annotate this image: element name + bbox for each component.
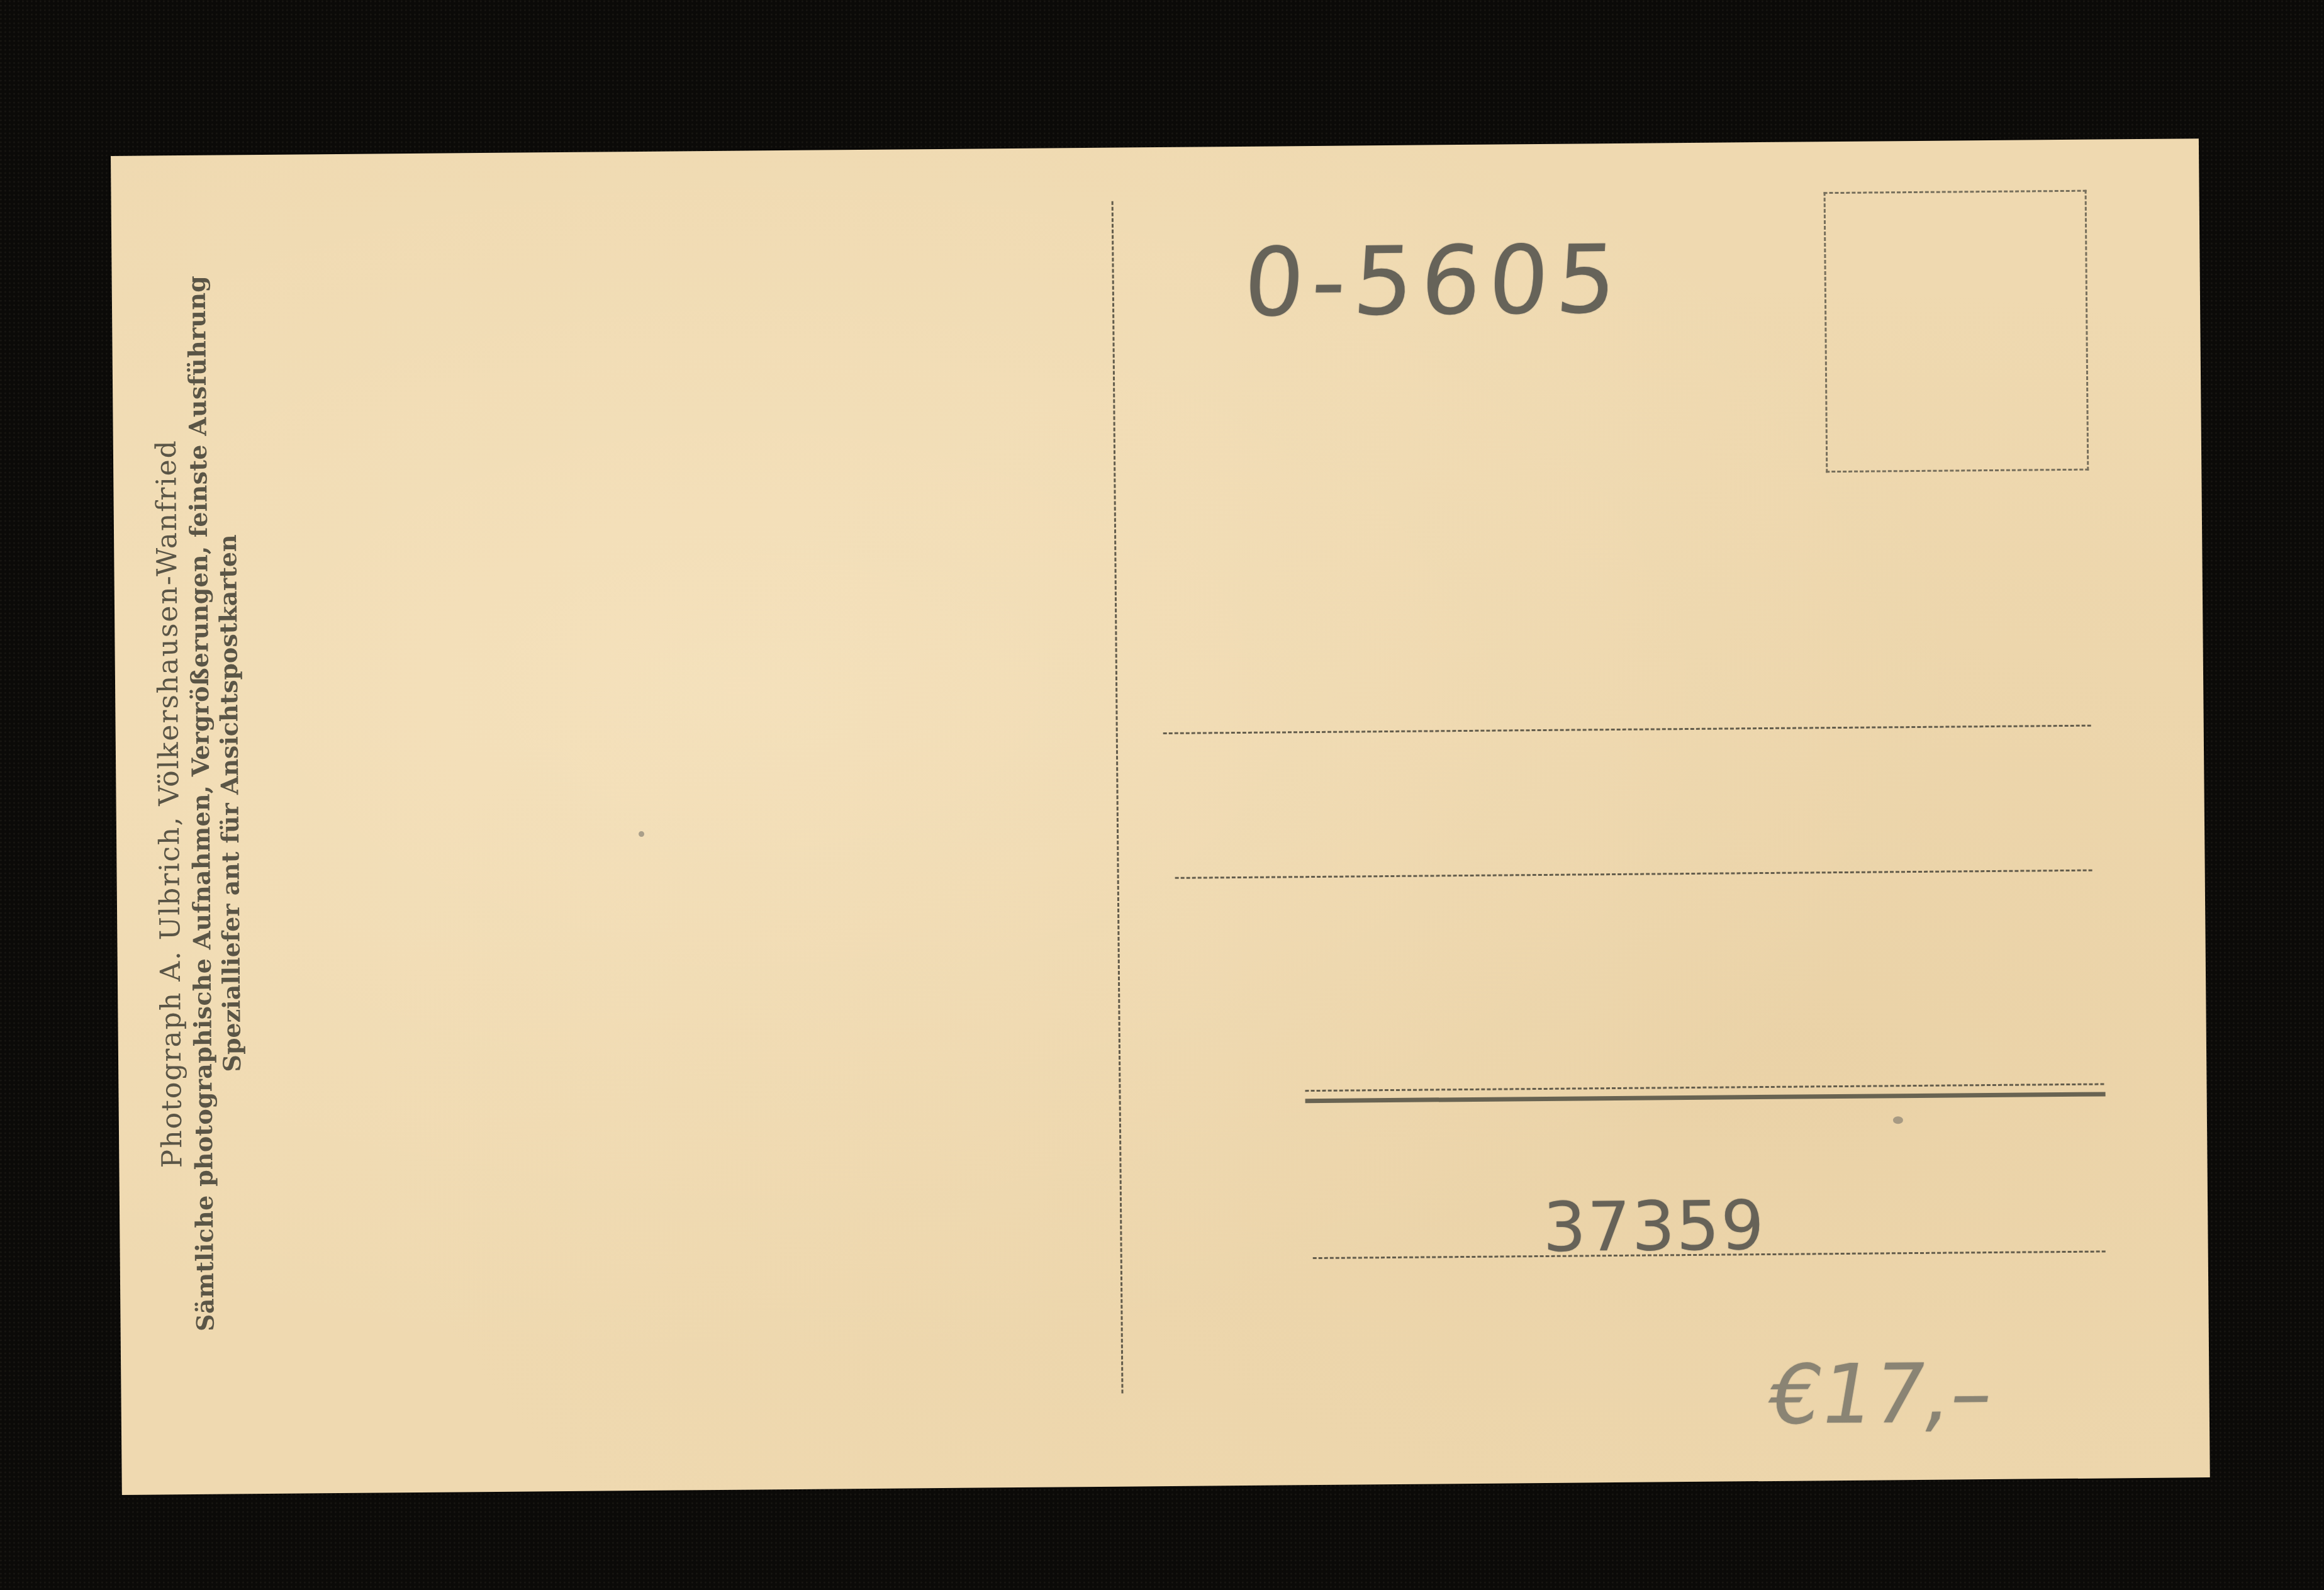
address-line-1 <box>1163 725 2091 734</box>
address-line-2 <box>1175 870 2092 879</box>
publisher-imprint: Photograph A. Ulbrich, Völkershausen-Wan… <box>148 274 264 1332</box>
paper-speck <box>1893 1116 1903 1124</box>
handwritten-price: €17,– <box>1762 1345 2001 1443</box>
center-divider-line <box>1112 201 1124 1394</box>
stamp-box <box>1824 190 2089 473</box>
postcard-back: Photograph A. Ulbrich, Völkershausen-Wan… <box>111 138 2210 1495</box>
handwritten-inventory-number: 37359 <box>1543 1187 1766 1267</box>
handwritten-archive-number: 0-5605 <box>1241 225 1627 338</box>
address-line-3 <box>1305 1083 2104 1092</box>
address-underline-solid <box>1305 1092 2106 1103</box>
paper-speck <box>639 831 644 837</box>
